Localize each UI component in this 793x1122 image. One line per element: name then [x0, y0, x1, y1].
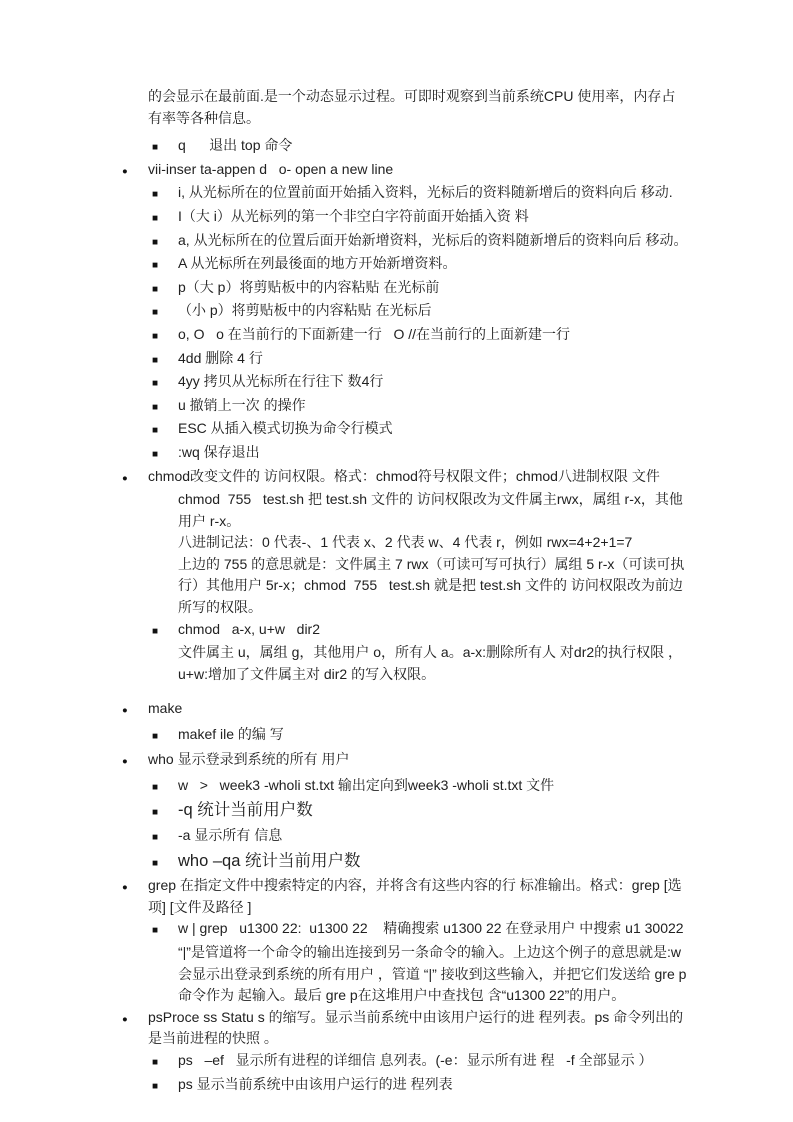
doc-text: p（大 p）将剪贴板中的内容粘贴 在光标前	[178, 277, 688, 299]
document-page: 的会显示在最前面.是一个动态显示过程。可即时观察到当前系统CPU 使用率，内存占…	[0, 0, 793, 1122]
doc-text: -q 统计当前用户数	[178, 799, 688, 822]
bullet-square-icon: ■	[152, 920, 178, 942]
bullet-dot-icon: ●	[122, 1009, 148, 1031]
bullet-square-icon: ■	[152, 852, 178, 875]
bullet-square-icon: ■	[152, 1076, 178, 1098]
bullet-square-icon: ■	[152, 255, 178, 277]
doc-text: chmod改变文件的 访问权限。格式：chmod符号权限文件；chmod八进制权…	[148, 466, 688, 488]
doc-list-item-level2: ■w > week3 -wholi st.txt 输出定向到week3 -who…	[122, 774, 688, 799]
doc-text: vii-inser ta-appen d o- open a new line	[148, 159, 688, 181]
doc-list-item-level1: ●make	[122, 697, 688, 722]
bullet-square-icon: ■	[152, 444, 178, 466]
doc-list-item-level2: ■chmod a-x, u+w dir2	[122, 619, 688, 643]
doc-text: ps 显示当前系统中由该用户运行的进 程列表	[178, 1074, 688, 1096]
bullet-square-icon: ■	[152, 279, 178, 301]
doc-text: （小 p）将剪贴板中的内容粘贴 在光标后	[178, 300, 688, 322]
doc-list-item-level2: ■w | grep u1300 22: u1300 22 精确搜索 u1300 …	[122, 918, 688, 942]
doc-text: 4dd 删除 4 行	[178, 348, 688, 370]
doc-text: chmod a-x, u+w dir2	[178, 619, 688, 641]
doc-list-item-level2: ■A 从光标所在列最後面的地方开始新增资料。	[122, 253, 688, 277]
doc-text: 八进制记法：0 代表-、1 代表 x、2 代表 w、4 代表 r，例如 rwx=…	[178, 532, 688, 554]
doc-list-item-level2: ■who –qa 统计当前用户数	[122, 850, 688, 875]
doc-text: a, 从光标所在的位置后面开始新增资料，光标后的资料随新增后的资料向后 移动。	[178, 230, 688, 252]
bullet-square-icon: ■	[152, 826, 178, 849]
doc-list-item-level2: ■-q 统计当前用户数	[122, 799, 688, 824]
doc-text: ESC 从插入模式切换为命令行模式	[178, 418, 688, 440]
doc-list-item-level2: ■u 撤销上一次 的操作	[122, 395, 688, 419]
bullet-square-icon: ■	[152, 776, 178, 799]
doc-paragraph: “|”是管道将一个命令的输出连接到另一条命令的输入。上边这个例子的意思就是:w …	[122, 942, 688, 1007]
doc-list-item-level2: ■:wq 保存退出	[122, 442, 688, 466]
bullet-square-icon: ■	[152, 373, 178, 395]
bullet-dot-icon: ●	[122, 750, 148, 773]
doc-list-item-level2: ■4dd 删除 4 行	[122, 348, 688, 372]
doc-text: 文件属主 u，属组 g，其他用户 o，所有人 a。a-x:删除所有人 对dr2的…	[178, 642, 688, 685]
bullet-square-icon: ■	[152, 621, 178, 643]
doc-list-item-level2: ■a, 从光标所在的位置后面开始新增资料，光标后的资料随新增后的资料向后 移动。	[122, 230, 688, 254]
bullet-square-icon: ■	[152, 208, 178, 230]
doc-text: 的会显示在最前面.是一个动态显示过程。可即时观察到当前系统CPU 使用率，内存占…	[148, 86, 688, 129]
doc-list-item-level2: ■I（大 i）从光标列的第一个非空白字符前面开始插入资 料	[122, 206, 688, 230]
doc-list-item-level1: ●vii-inser ta-appen d o- open a new line	[122, 159, 688, 183]
doc-list-item-level2: ■ESC 从插入模式切换为命令行模式	[122, 418, 688, 442]
doc-list-item-level1: ●grep 在指定文件中搜索特定的内容，并将含有这些内容的行 标准输出。格式：g…	[122, 875, 688, 918]
doc-text: makef ile 的编 写	[178, 723, 688, 746]
doc-text: chmod 755 test.sh 把 test.sh 文件的 访问权限改为文件…	[178, 489, 688, 532]
bullet-square-icon: ■	[152, 725, 178, 748]
doc-text: psProce ss Statu s 的缩写。显示当前系统中由该用户运行的进 程…	[148, 1007, 688, 1050]
doc-paragraph: 文件属主 u，属组 g，其他用户 o，所有人 a。a-x:删除所有人 对dr2的…	[122, 642, 688, 685]
doc-paragraph: 上边的 755 的意思就是：文件属主 7 rwx（可读可写可执行）属组 5 r-…	[122, 554, 688, 619]
doc-text: I（大 i）从光标列的第一个非空白字符前面开始插入资 料	[178, 206, 688, 228]
doc-list-item-level2: ■-a 显示所有 信息	[122, 824, 688, 849]
doc-text: A 从光标所在列最後面的地方开始新增资料。	[178, 253, 688, 275]
bullet-square-icon: ■	[152, 420, 178, 442]
bullet-dot-icon: ●	[122, 699, 148, 722]
doc-paragraph: 的会显示在最前面.是一个动态显示过程。可即时观察到当前系统CPU 使用率，内存占…	[122, 86, 688, 129]
doc-text: w > week3 -wholi st.txt 输出定向到week3 -whol…	[178, 774, 688, 797]
doc-text: 4yy 拷贝从光标所在行往下 数4行	[178, 371, 688, 393]
bullet-square-icon: ■	[152, 184, 178, 206]
bullet-square-icon: ■	[152, 302, 178, 324]
doc-text: ps –ef 显示所有进程的详细信 息列表。(-e：显示所有进 程 -f 全部显…	[178, 1050, 688, 1072]
doc-list-item-level2: ■4yy 拷贝从光标所在行往下 数4行	[122, 371, 688, 395]
doc-text: 上边的 755 的意思就是：文件属主 7 rwx（可读可写可执行）属组 5 r-…	[178, 554, 688, 619]
bullet-square-icon: ■	[152, 326, 178, 348]
document-content: 的会显示在最前面.是一个动态显示过程。可即时观察到当前系统CPU 使用率，内存占…	[122, 86, 688, 1097]
bullet-square-icon: ■	[152, 232, 178, 254]
doc-list-item-level2: ■ps –ef 显示所有进程的详细信 息列表。(-e：显示所有进 程 -f 全部…	[122, 1050, 688, 1074]
bullet-dot-icon: ●	[122, 161, 148, 183]
doc-text: who 显示登录到系统的所有 用户	[148, 748, 688, 771]
doc-list-item-level1: ●chmod改变文件的 访问权限。格式：chmod符号权限文件；chmod八进制…	[122, 466, 688, 490]
doc-text: who –qa 统计当前用户数	[178, 850, 688, 873]
bullet-square-icon: ■	[152, 801, 178, 824]
doc-text: :wq 保存退出	[178, 442, 688, 464]
doc-list-item-level2: ■i, 从光标所在的位置前面开始插入资料，光标后的资料随新增后的资料向后 移动.	[122, 182, 688, 206]
doc-text: i, 从光标所在的位置前面开始插入资料，光标后的资料随新增后的资料向后 移动.	[178, 182, 688, 204]
doc-list-item-level2: ■q 退出 top 命令	[122, 135, 688, 159]
doc-list-item-level1: ●psProce ss Statu s 的缩写。显示当前系统中由该用户运行的进 …	[122, 1007, 688, 1050]
doc-text: w | grep u1300 22: u1300 22 精确搜索 u1300 2…	[178, 918, 688, 940]
doc-list-item-level2: ■makef ile 的编 写	[122, 723, 688, 748]
bullet-square-icon: ■	[152, 1052, 178, 1074]
doc-paragraph: chmod 755 test.sh 把 test.sh 文件的 访问权限改为文件…	[122, 489, 688, 532]
bullet-square-icon: ■	[152, 397, 178, 419]
bullet-dot-icon: ●	[122, 877, 148, 899]
doc-text: “|”是管道将一个命令的输出连接到另一条命令的输入。上边这个例子的意思就是:w …	[178, 942, 688, 1007]
doc-paragraph: 八进制记法：0 代表-、1 代表 x、2 代表 w、4 代表 r，例如 rwx=…	[122, 532, 688, 554]
doc-text: q 退出 top 命令	[178, 135, 688, 157]
doc-text: o, O o 在当前行的下面新建一行 O //在当前行的上面新建一行	[178, 324, 688, 346]
bullet-square-icon: ■	[152, 137, 178, 159]
doc-text: u 撤销上一次 的操作	[178, 395, 688, 417]
doc-list-item-level1: ●who 显示登录到系统的所有 用户	[122, 748, 688, 773]
doc-list-item-level2: ■o, O o 在当前行的下面新建一行 O //在当前行的上面新建一行	[122, 324, 688, 348]
doc-text: grep 在指定文件中搜索特定的内容，并将含有这些内容的行 标准输出。格式：gr…	[148, 875, 688, 918]
doc-list-item-level2: ■ps 显示当前系统中由该用户运行的进 程列表	[122, 1074, 688, 1098]
bullet-dot-icon: ●	[122, 468, 148, 490]
bullet-square-icon: ■	[152, 350, 178, 372]
doc-list-item-level2: ■p（大 p）将剪贴板中的内容粘贴 在光标前	[122, 277, 688, 301]
doc-list-item-level2: ■（小 p）将剪贴板中的内容粘贴 在光标后	[122, 300, 688, 324]
doc-text: make	[148, 697, 688, 720]
doc-text: -a 显示所有 信息	[178, 824, 688, 847]
